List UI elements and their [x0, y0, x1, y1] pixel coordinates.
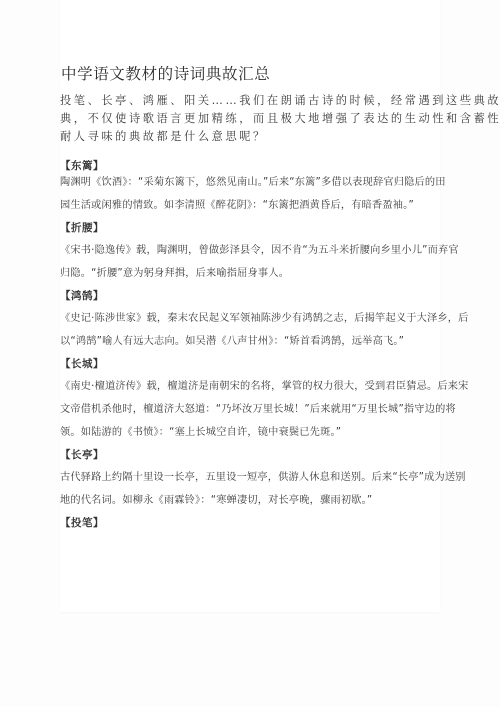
- section-body: 《南史·檀道济传》载，檀道济是南朝宋的名将，掌管的权力很大，受到君臣猜忌。后来宋…: [60, 375, 440, 444]
- section-heading: 【鸿鹄】: [60, 289, 440, 303]
- body-line: 《南史·檀道济传》载，檀道济是南朝宋的名将，掌管的权力很大，受到君臣猜忌。后来宋: [60, 375, 440, 398]
- intro-line: 耐人寻味的典故都是什么意思呢？: [60, 128, 440, 146]
- section-heading: 【长亭】: [60, 448, 440, 462]
- body-line: 陶渊明《饮酒》：“采菊东篱下，悠然见南山。”后来“东篱”多借以表现辞官归隐后的田: [60, 171, 440, 194]
- section-body: 古代驿路上约隔十里设一长亭，五里设一短亭，供游人休息和送别。后来“长亭”成为送别…: [60, 466, 440, 512]
- section-zheyao: 【折腰】 《宋书·隐逸传》载，陶渊明，曾做彭泽县令，因不肯“为五斗米折腰向乡里小…: [60, 221, 440, 285]
- section-heading: 【长城】: [60, 357, 440, 371]
- body-line: 地的代名词。如柳永《雨霖铃》：“寒蝉凄切，对长亭晚，骤雨初歇。”: [60, 489, 440, 512]
- section-heading: 【投笔】: [60, 516, 440, 530]
- intro-line: 投笔、长亭、鸿雁、阳关……我们在朗诵古诗的时候，经常遇到这些典故，古人用: [60, 92, 440, 110]
- section-changting: 【长亭】 古代驿路上约隔十里设一长亭，五里设一短亭，供游人休息和送别。后来“长亭…: [60, 448, 440, 512]
- body-line: 文帝借机杀他时，檀道济大怒道：“乃坏汝万里长城！”后来就用“万里长城”指守边的将: [60, 398, 440, 421]
- intro-line: 典，不仅使诗歌语言更加精练，而且极大地增强了表达的生动性和含蓄性，这些: [60, 110, 440, 128]
- section-toubi: 【投笔】: [60, 516, 440, 530]
- body-line: 《史记·陈涉世家》载，秦末农民起义军领袖陈涉少有鸿鹄之志，后揭竿起义于大泽乡，后: [60, 307, 440, 330]
- section-body: 陶渊明《饮酒》：“采菊东篱下，悠然见南山。”后来“东篱”多借以表现辞官归隐后的田…: [60, 171, 440, 217]
- body-line: 园生活或闲雅的情致。如李清照《醉花阴》：“东篱把酒黄昏后，有暗香盈袖。”: [60, 194, 440, 217]
- document-content: 中学语文教材的诗词典故汇总 投笔、长亭、鸿雁、阳关……我们在朗诵古诗的时候，经常…: [60, 64, 440, 534]
- body-line: 以“鸿鹄”喻人有远大志向。如吴潜《八声甘州》：“矫首看鸿鹄，远举高飞。”: [60, 330, 440, 353]
- section-honghu: 【鸿鹄】 《史记·陈涉世家》载，秦末农民起义军领袖陈涉少有鸿鹄之志，后揭竿起义于…: [60, 289, 440, 353]
- intro-paragraph: 投笔、长亭、鸿雁、阳关……我们在朗诵古诗的时候，经常遇到这些典故，古人用 典，不…: [60, 92, 440, 146]
- section-body: 《宋书·隐逸传》载，陶渊明，曾做彭泽县令，因不肯“为五斗米折腰向乡里小儿”而弃官…: [60, 239, 440, 285]
- body-line: 《宋书·隐逸传》载，陶渊明，曾做彭泽县令，因不肯“为五斗米折腰向乡里小儿”而弃官: [60, 239, 440, 262]
- body-line: 领。如陆游的《书愤》：“塞上长城空自许，镜中衰鬓已先斑。”: [60, 421, 440, 444]
- section-changcheng: 【长城】 《南史·檀道济传》载，檀道济是南朝宋的名将，掌管的权力很大，受到君臣猜…: [60, 357, 440, 444]
- section-heading: 【折腰】: [60, 221, 440, 235]
- section-body: 《史记·陈涉世家》载，秦末农民起义军领袖陈涉少有鸿鹄之志，后揭竿起义于大泽乡，后…: [60, 307, 440, 353]
- body-line: 古代驿路上约隔十里设一长亭，五里设一短亭，供游人休息和送别。后来“长亭”成为送别: [60, 466, 440, 489]
- document-title: 中学语文教材的诗词典故汇总: [61, 64, 440, 84]
- body-line: 归隐。“折腰”意为躬身拜揖，后来喻指屈身事人。: [60, 262, 440, 285]
- section-dongli: 【东篱】 陶渊明《饮酒》：“采菊东篱下，悠然见南山。”后来“东篱”多借以表现辞官…: [60, 159, 440, 217]
